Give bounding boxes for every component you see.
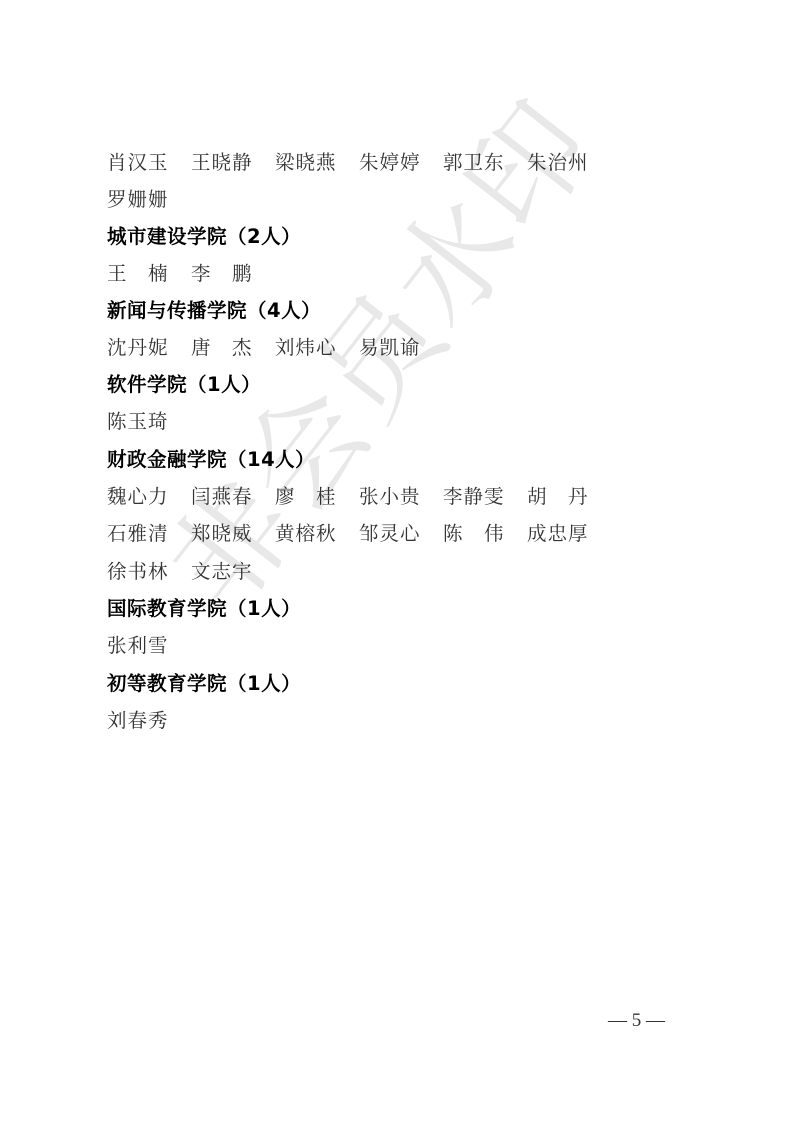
person-name: 黄榕秋 [275, 519, 359, 549]
person-name: 肖汉玉 [107, 148, 191, 178]
person-name: 朱治州 [527, 148, 611, 178]
person-name: 文志宇 [191, 557, 275, 587]
person-name: 张利雪 [107, 631, 191, 661]
page-number: — 5 — [608, 1010, 665, 1032]
person-name: 李 鹏 [191, 259, 275, 289]
person-name: 罗姗姗 [107, 185, 191, 215]
section-heading-journalism: 新闻与传播学院（4人） [107, 296, 321, 326]
section-heading-software: 软件学院（1人） [107, 370, 261, 400]
section-heading-urban-construction: 城市建设学院（2人） [107, 222, 301, 252]
section-heading-primary-education: 初等教育学院（1人） [107, 669, 301, 699]
document-page: 肖汉玉 王晓静 梁晓燕 朱婷婷 郭卫东 朱治州 罗姗姗 城市建设学院（2人） 王… [0, 0, 793, 1122]
person-name: 成忠厚 [527, 519, 611, 549]
section-heading-international-education: 国际教育学院（1人） [107, 594, 301, 624]
person-name: 朱婷婷 [359, 148, 443, 178]
person-name: 刘炜心 [275, 333, 359, 363]
name-row: 罗姗姗 [107, 185, 191, 215]
section-heading-finance: 财政金融学院（14人） [107, 445, 315, 475]
person-name: 陈 伟 [443, 519, 527, 549]
person-name: 徐书林 [107, 557, 191, 587]
person-name: 邹灵心 [359, 519, 443, 549]
person-name: 王 楠 [107, 259, 191, 289]
person-name: 廖 桂 [275, 482, 359, 512]
person-name: 梁晓燕 [275, 148, 359, 178]
person-name: 郭卫东 [443, 148, 527, 178]
name-row: 张利雪 [107, 631, 191, 661]
person-name: 易凯谕 [359, 333, 443, 363]
person-name: 李静雯 [443, 482, 527, 512]
name-row: 石雅清 郑晓威 黄榕秋 邹灵心 陈 伟 成忠厚 [107, 519, 611, 549]
person-name: 刘春秀 [107, 706, 191, 736]
person-name: 闫燕春 [191, 482, 275, 512]
person-name: 张小贵 [359, 482, 443, 512]
name-row: 刘春秀 [107, 706, 191, 736]
name-row: 肖汉玉 王晓静 梁晓燕 朱婷婷 郭卫东 朱治州 [107, 148, 611, 178]
name-row: 徐书林 文志宇 [107, 557, 275, 587]
person-name: 魏心力 [107, 482, 191, 512]
person-name: 唐 杰 [191, 333, 275, 363]
person-name: 石雅清 [107, 519, 191, 549]
person-name: 胡 丹 [527, 482, 611, 512]
name-row: 陈玉琦 [107, 407, 191, 437]
name-row: 魏心力 闫燕春 廖 桂 张小贵 李静雯 胡 丹 [107, 482, 611, 512]
person-name: 王晓静 [191, 148, 275, 178]
person-name: 陈玉琦 [107, 407, 191, 437]
person-name: 郑晓威 [191, 519, 275, 549]
person-name: 沈丹妮 [107, 333, 191, 363]
name-row: 王 楠 李 鹏 [107, 259, 275, 289]
name-row: 沈丹妮 唐 杰 刘炜心 易凯谕 [107, 333, 443, 363]
